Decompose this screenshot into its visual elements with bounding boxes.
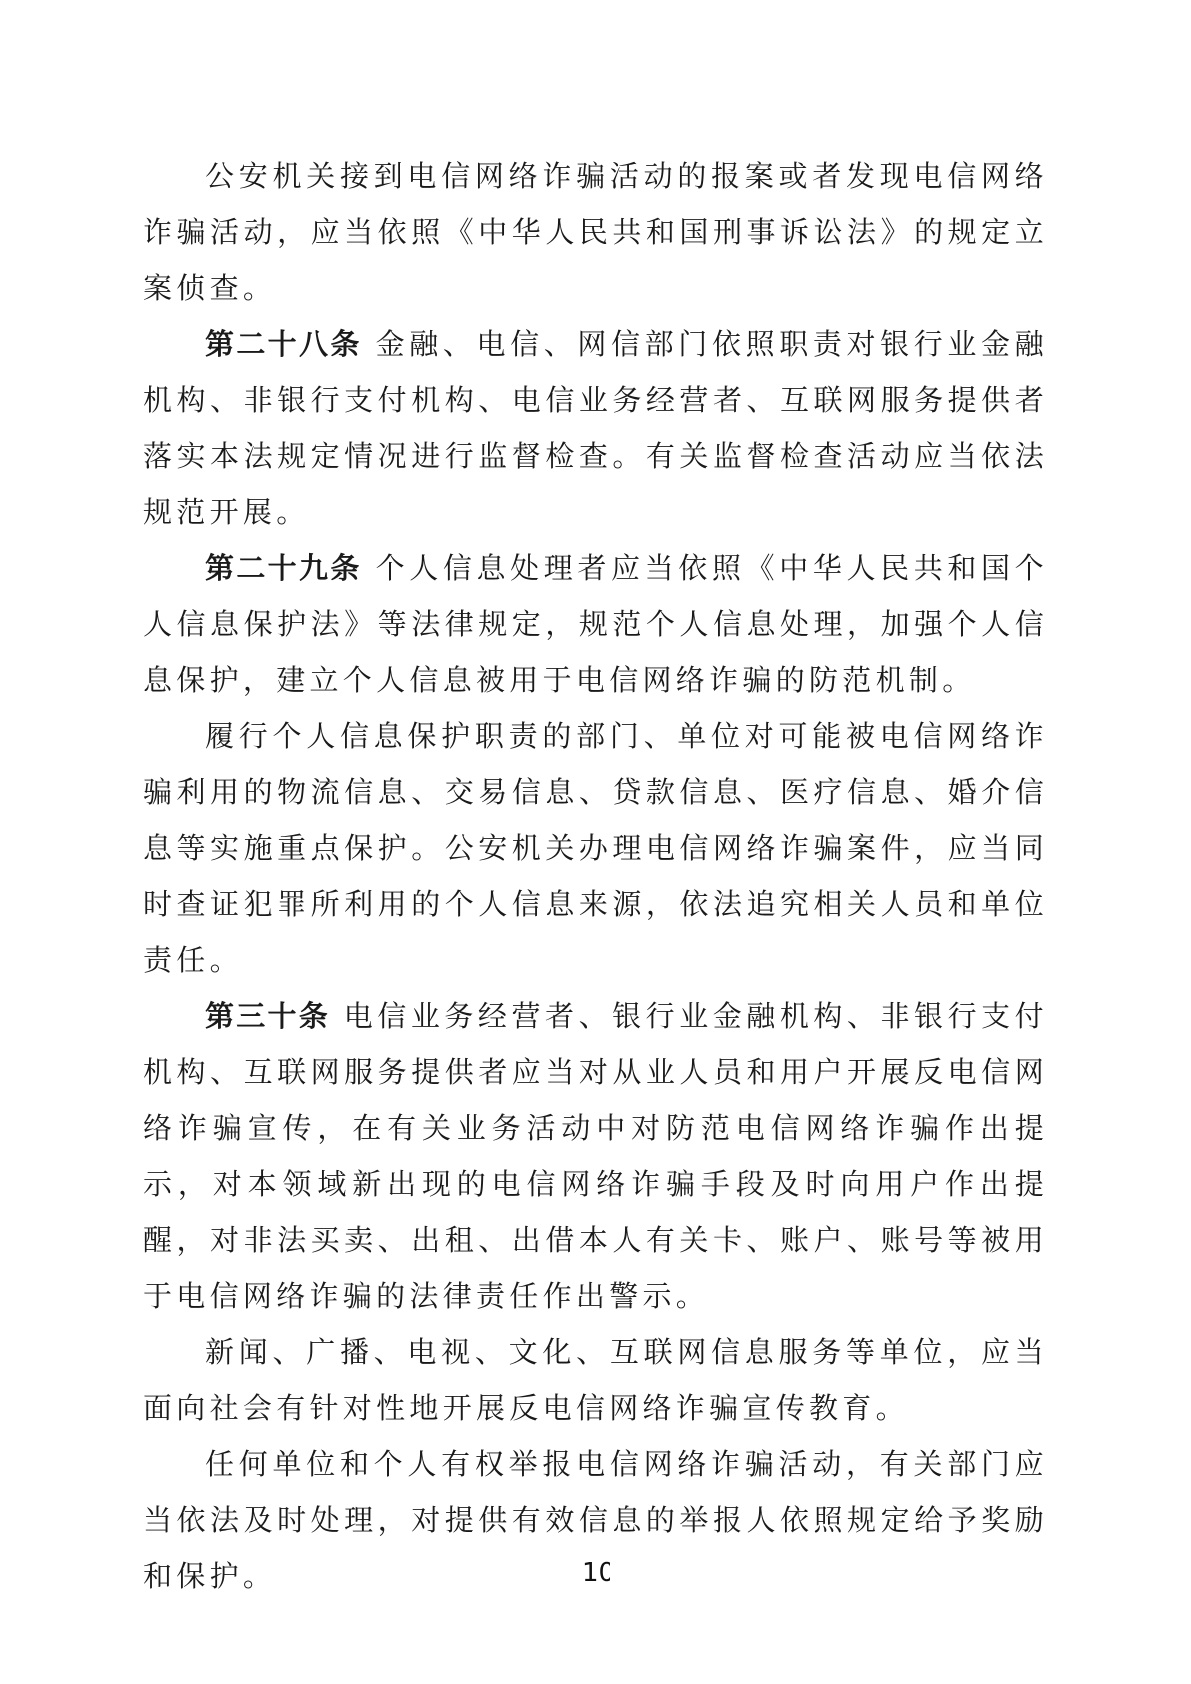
article-28: 第二十八条 金融、电信、网信部门依照职责对银行业金融机构、非银行支付机构、电信业… bbox=[143, 316, 1048, 540]
article-30: 第三十条 电信业务经营者、银行业金融机构、非银行支付机构、互联网服务提供者应当对… bbox=[143, 988, 1048, 1324]
document-body: 公安机关接到电信网络诈骗活动的报案或者发现电信网络诈骗活动，应当依照《中华人民共… bbox=[143, 148, 1048, 1604]
article-29: 第二十九条 个人信息处理者应当依照《中华人民共和国个人信息保护法》等法律规定，规… bbox=[143, 540, 1048, 708]
paragraph-4: 履行个人信息保护职责的部门、单位对可能被电信网络诈骗利用的物流信息、交易信息、贷… bbox=[143, 708, 1048, 988]
article-heading: 第二十八条 bbox=[205, 327, 362, 361]
article-heading: 第二十九条 bbox=[205, 551, 362, 585]
paragraph-6: 新闻、广播、电视、文化、互联网信息服务等单位，应当面向社会有针对性地开展反电信网… bbox=[143, 1324, 1048, 1436]
page-number: 10 bbox=[582, 1558, 610, 1588]
paragraph-text: 履行个人信息保护职责的部门、单位对可能被电信网络诈骗利用的物流信息、交易信息、贷… bbox=[143, 719, 1048, 977]
paragraph-text: 新闻、广播、电视、文化、互联网信息服务等单位，应当面向社会有针对性地开展反电信网… bbox=[143, 1335, 1048, 1425]
article-heading: 第三十条 bbox=[205, 999, 330, 1033]
paragraph-1: 公安机关接到电信网络诈骗活动的报案或者发现电信网络诈骗活动，应当依照《中华人民共… bbox=[143, 148, 1048, 316]
paragraph-text: 公安机关接到电信网络诈骗活动的报案或者发现电信网络诈骗活动，应当依照《中华人民共… bbox=[143, 159, 1048, 305]
paragraph-text: 电信业务经营者、银行业金融机构、非银行支付机构、互联网服务提供者应当对从业人员和… bbox=[143, 999, 1048, 1313]
